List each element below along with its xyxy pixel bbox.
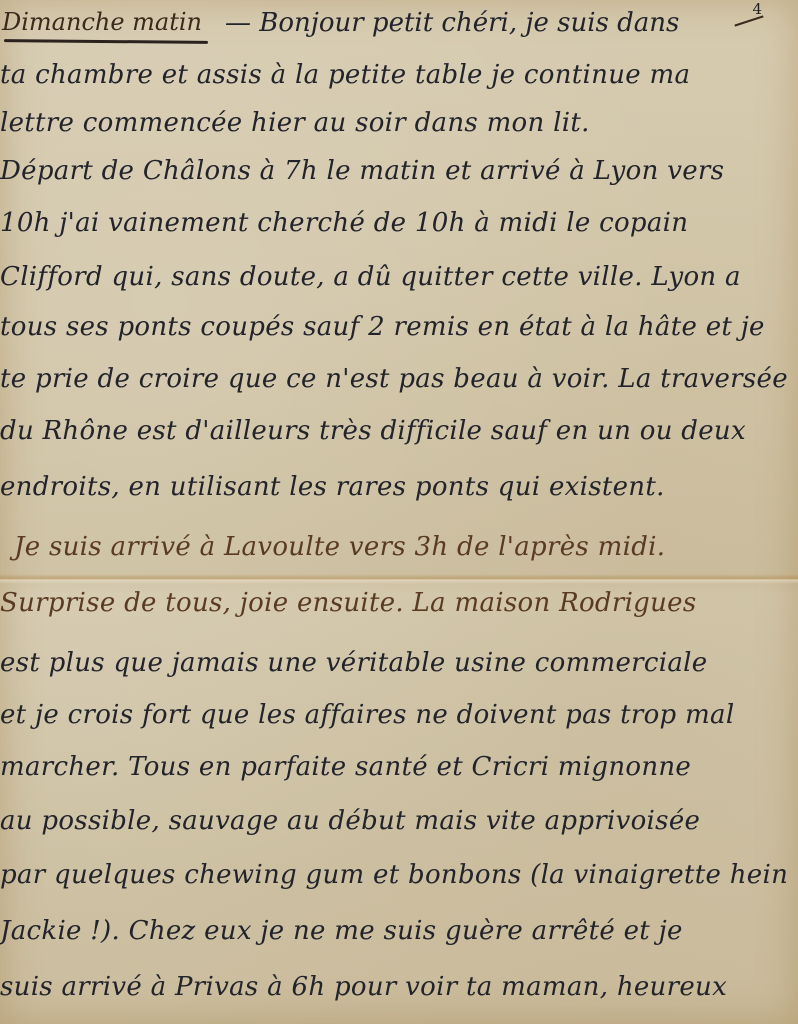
- letter-line-2: lettre commencée hier au soir dans mon l…: [0, 108, 590, 138]
- header-separator: —: [225, 8, 251, 38]
- letter-line-10: Je suis arrivé à Lavoulte vers 3h de l'a…: [14, 532, 665, 562]
- letter-line-3: Départ de Châlons à 7h le matin et arriv…: [0, 156, 724, 186]
- letter-line-1: ta chambre et assis à la petite table je…: [0, 60, 690, 90]
- paper-fold-line: [0, 574, 798, 584]
- letter-line-9: endroits, en utilisant les rares ponts q…: [0, 472, 665, 502]
- letter-line-7: te prie de croire que ce n'est pas beau …: [0, 364, 788, 394]
- letter-page: 4 Dimanche matin — Bonjour petit chéri, …: [0, 0, 798, 1024]
- dateline-underline: [4, 39, 208, 44]
- letter-line-13: et je crois fort que les affaires ne doi…: [0, 700, 734, 730]
- greeting-text: Bonjour petit chéri, je suis dans: [259, 8, 679, 38]
- page-number: 4: [752, 0, 762, 18]
- letter-line-11: Surprise de tous, joie ensuite. La maiso…: [0, 588, 697, 618]
- letter-line-5: Clifford qui, sans doute, a dû quitter c…: [0, 262, 741, 292]
- letter-line-4: 10h j'ai vainement cherché de 10h à midi…: [0, 208, 688, 238]
- letter-line-14: marcher. Tous en parfaite santé et Cricr…: [0, 752, 691, 782]
- letter-line-17: Jackie !). Chez eux je ne me suis guère …: [0, 916, 683, 946]
- greeting-line: — Bonjour petit chéri, je suis dans: [225, 8, 679, 38]
- letter-line-15: au possible, sauvage au début mais vite …: [0, 806, 700, 836]
- letter-line-12: est plus que jamais une véritable usine …: [0, 648, 707, 678]
- letter-line-6: tous ses ponts coupés sauf 2 remis en ét…: [0, 312, 765, 342]
- letter-line-8: du Rhône est d'ailleurs très difficile s…: [0, 416, 746, 446]
- dateline: Dimanche matin: [2, 8, 202, 36]
- letter-line-18: suis arrivé à Privas à 6h pour voir ta m…: [0, 972, 727, 1002]
- letter-line-16: par quelques chewing gum et bonbons (la …: [0, 860, 798, 890]
